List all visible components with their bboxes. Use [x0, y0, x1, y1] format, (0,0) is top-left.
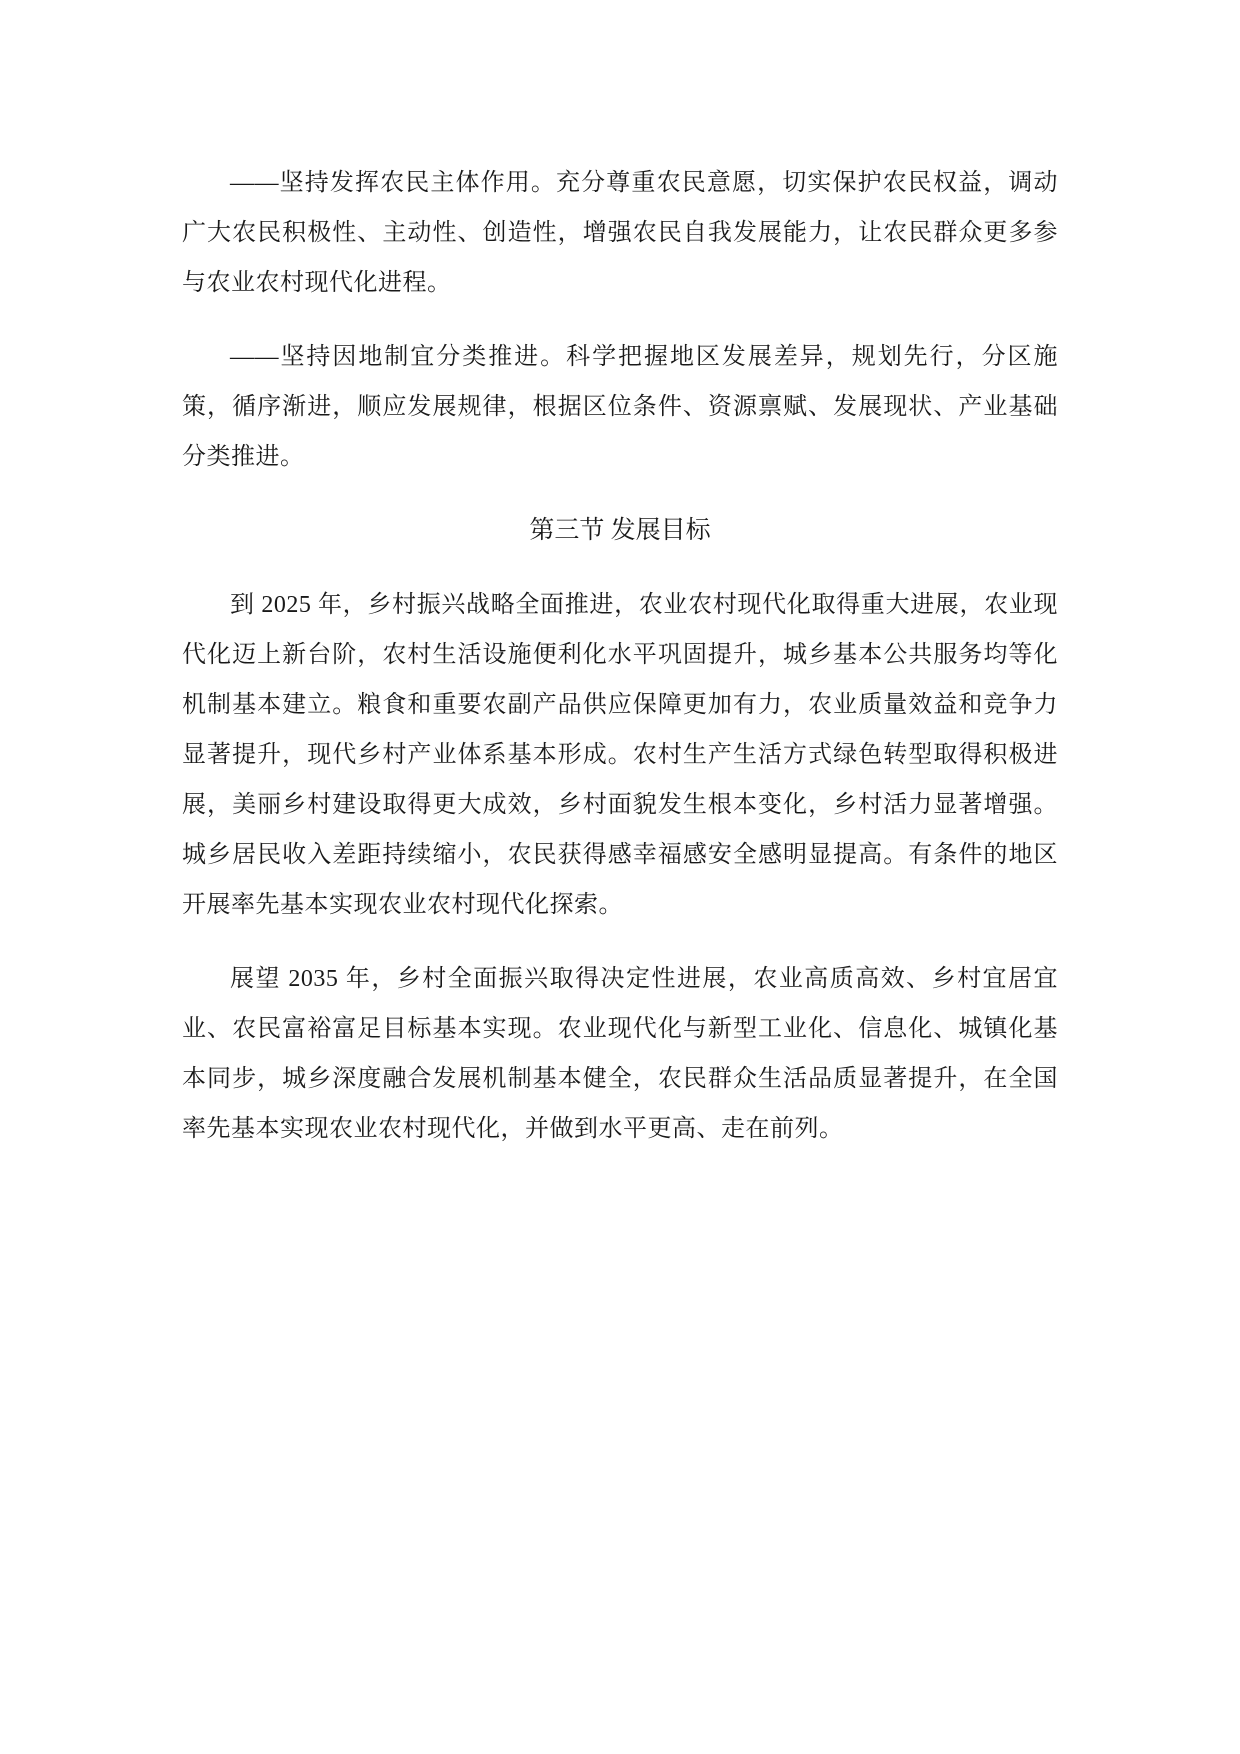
paragraph-principle-farmers-main-role: ——坚持发挥农民主体作用。充分尊重农民意愿，切实保护农民权益，调动广大农民积极性… — [182, 158, 1058, 308]
paragraph-outlook-2035: 展望 2035 年，乡村全面振兴取得决定性进展，农业高质高效、乡村宜居宜业、农民… — [182, 954, 1058, 1154]
paragraph-principle-local-conditions: ——坚持因地制宜分类推进。科学把握地区发展差异，规划先行，分区施策，循序渐进，顺… — [182, 332, 1058, 482]
document-page: ——坚持发挥农民主体作用。充分尊重农民意愿，切实保护农民权益，调动广大农民积极性… — [0, 0, 1240, 1754]
paragraph-goals-2025: 到 2025 年，乡村振兴战略全面推进，农业农村现代化取得重大进展，农业现代化迈… — [182, 580, 1058, 930]
section-heading: 第三节 发展目标 — [182, 506, 1058, 556]
